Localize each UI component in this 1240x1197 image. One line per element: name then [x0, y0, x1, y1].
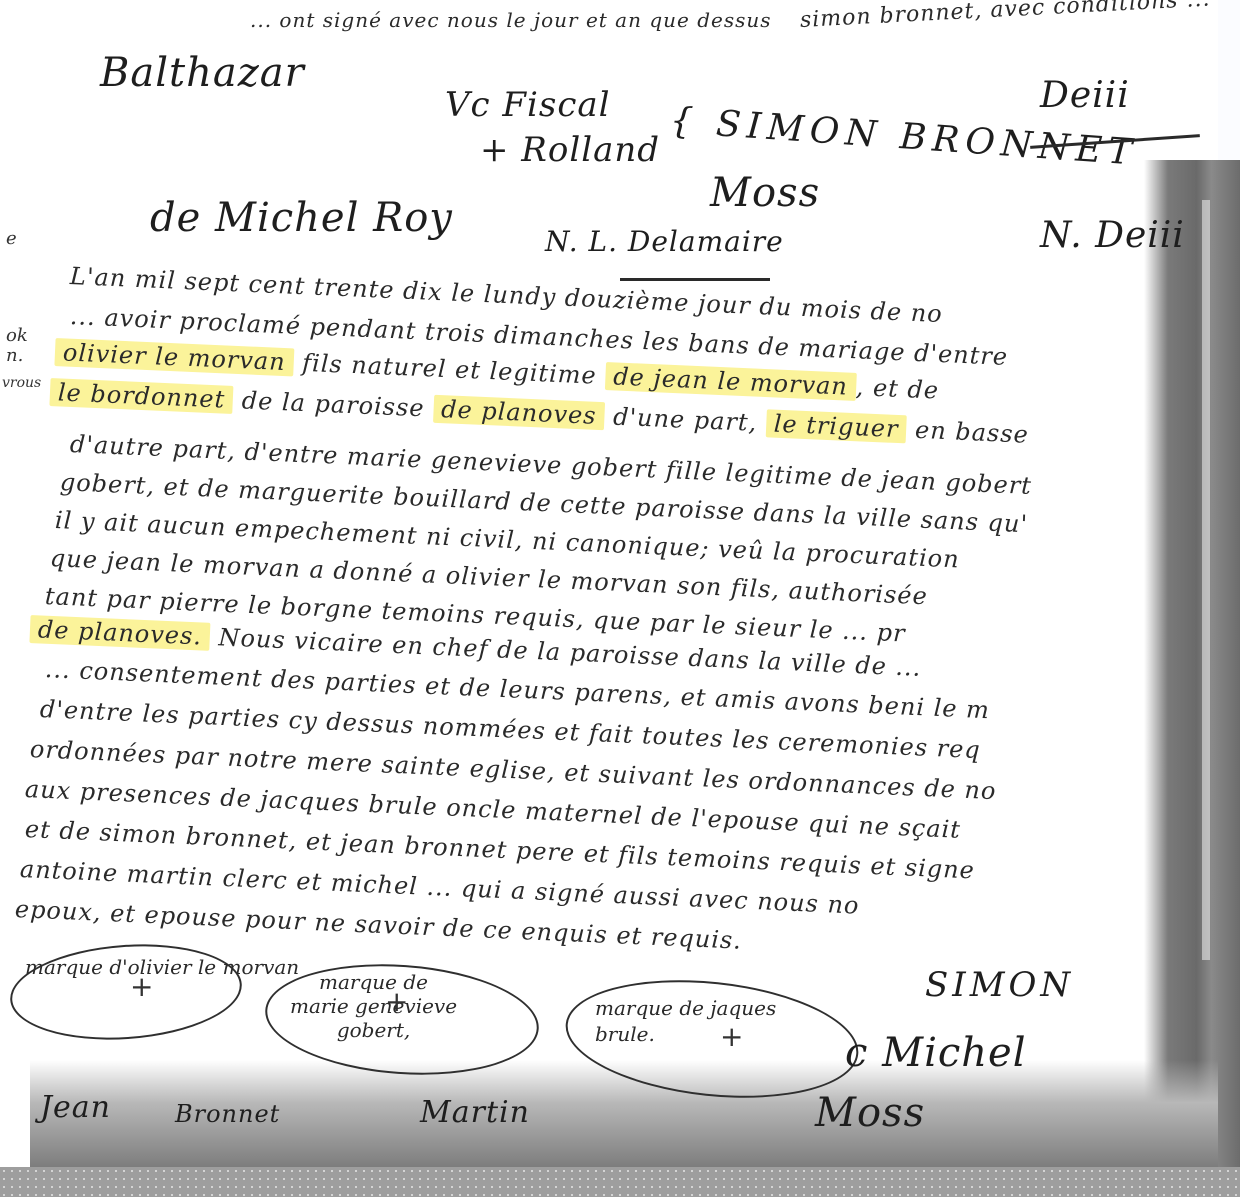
signature-underline: [620, 278, 770, 281]
signature-michel-bottom: c Michel: [845, 1030, 1027, 1076]
signature-martin-bottom: Martin: [420, 1095, 530, 1130]
margin-mark: vrous: [2, 375, 41, 391]
top-partial-line: ... ont signé avec nous le jour et an qu…: [250, 8, 772, 32]
signature-deiii-mid: N. Deiii: [1040, 215, 1185, 256]
scan-footer-band: [0, 1167, 1240, 1197]
margin-mark: n.: [6, 345, 23, 366]
signature-jean-bottom: Jean: [40, 1090, 111, 1125]
body-text: , et de: [855, 373, 939, 405]
signature-delamaire: N. L. Delamaire: [545, 225, 784, 258]
signature-balthazar: Balthazar: [100, 50, 305, 96]
mark-label-jaques: marque de jaques brule.: [595, 995, 776, 1047]
signature-michel-roy: de Michel Roy: [150, 195, 453, 241]
signature-fiscal: Vc Fiscal: [445, 85, 611, 125]
signature-rolland: + Rolland: [480, 130, 660, 170]
body-text: en basse: [915, 416, 1030, 449]
signature-deiii-top: Deiii: [1040, 75, 1130, 116]
margin-mark: e: [6, 228, 17, 249]
cross-mark-icon: +: [130, 970, 153, 1003]
margin-mark: ok: [6, 325, 28, 346]
scanned-page: ... ont signé avec nous le jour et an qu…: [0, 0, 1240, 1167]
scan-streak: [1202, 200, 1210, 960]
cross-mark-icon: +: [720, 1020, 743, 1053]
signature-moss: Moss: [710, 170, 820, 216]
mark-label-gobert: marque de marie genevieve gobert,: [290, 970, 457, 1042]
signature-simon-bottom: SIMON: [925, 965, 1074, 1005]
scan-shadow-edge: [1144, 160, 1240, 1167]
signature-moss-bottom: Moss: [815, 1090, 925, 1136]
mark-label-olivier: marque d'olivier le morvan: [25, 955, 299, 979]
signature-bronnet-bottom: Bronnet: [175, 1100, 280, 1128]
cross-mark-icon: +: [385, 985, 408, 1018]
